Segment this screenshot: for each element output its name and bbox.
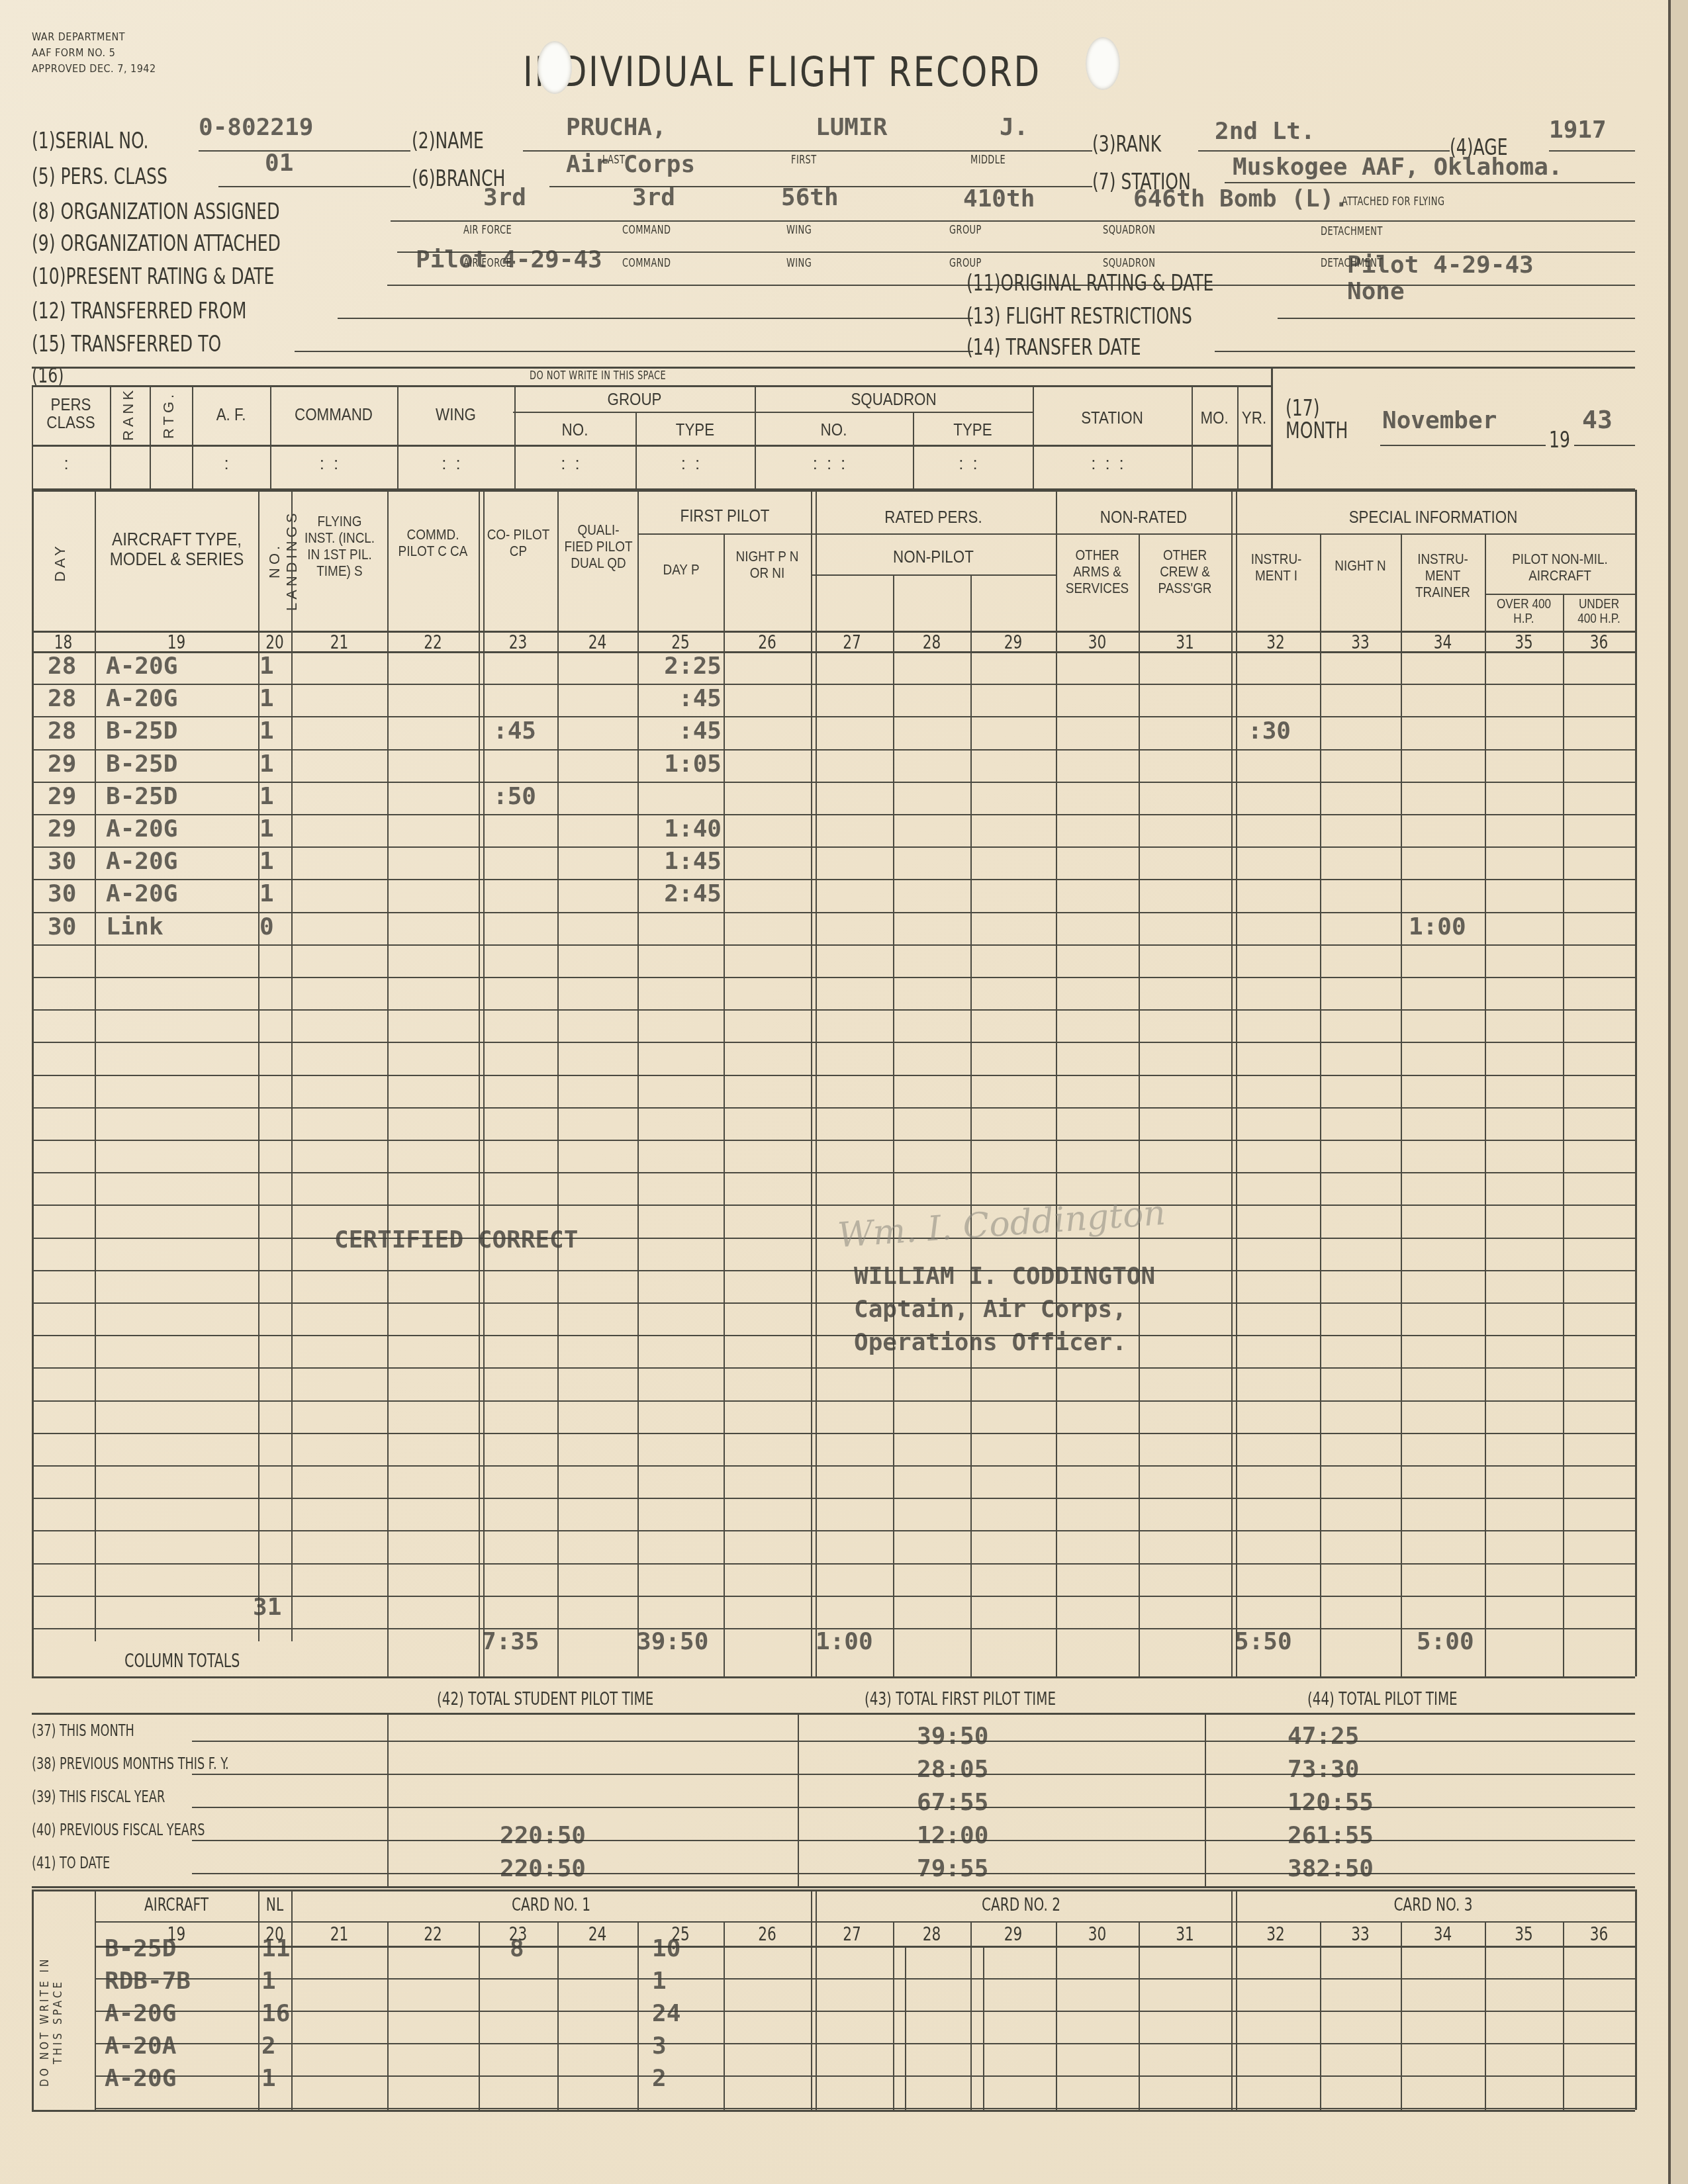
- first-pilot-time: 67:55: [917, 1789, 988, 1816]
- grid-row-line: [32, 1335, 1635, 1336]
- summary-row-line: [192, 1741, 1635, 1742]
- card2-label: CARD NO. 2: [840, 1897, 1201, 1915]
- s16-squadron-type: TYPE: [921, 421, 1025, 439]
- hdr-aircraft: AIRCRAFT TYPE, MODEL & SERIES: [106, 529, 247, 569]
- cards-vline: [1401, 1921, 1402, 2110]
- column-totals-label: COLUMN TOTALS: [124, 1650, 240, 1672]
- hdr-commd-pilot: COMMD. PILOT C CA: [394, 526, 473, 559]
- original-rating-label: (11)ORIGINAL RATING & DATE: [966, 270, 1213, 296]
- total-pilot-time: 261:55: [1288, 1822, 1374, 1849]
- card-nl-cell: 1: [261, 2065, 276, 2092]
- grid-vline: [893, 574, 894, 1676]
- sub-squadron-2: SQUADRON: [1103, 257, 1155, 270]
- total-non-pilot: 1:00: [816, 1628, 873, 1655]
- summary-row-line: [192, 1807, 1635, 1808]
- cards-column-number: 36: [1568, 1923, 1630, 1945]
- aircraft-cell: B-25D: [106, 717, 177, 745]
- card-aircraft-cell: A-20G: [105, 2065, 176, 2092]
- grid-vline: [291, 490, 293, 1641]
- cards-vline: [811, 1889, 812, 2110]
- cards-row-line: [95, 1978, 1635, 1979]
- s16-squadron: SQUADRON: [774, 390, 1013, 408]
- cards-column-number: 28: [898, 1923, 965, 1945]
- day-cell: 30: [48, 848, 76, 875]
- s16-dots: ::: [397, 454, 514, 473]
- form-number: AAF FORM NO. 5: [32, 45, 156, 61]
- name-middle-field[interactable]: J.: [1000, 114, 1028, 141]
- department-label: WAR DEPARTMENT: [32, 29, 156, 45]
- column-number: 31: [1145, 631, 1225, 653]
- card-nl-cell: 1: [261, 1968, 276, 1995]
- cards-column-number: 30: [1062, 1923, 1133, 1945]
- instrument-trainer-cell: 1:00: [1409, 913, 1466, 940]
- cards-subline: [983, 1946, 984, 2110]
- column-number: 22: [394, 631, 473, 653]
- grid-vline: [1139, 533, 1140, 1676]
- s16-dots: :::: [755, 454, 913, 473]
- grid-row-line: [32, 1042, 1635, 1043]
- cards-vline: [95, 1889, 96, 2110]
- s16-v11: [1192, 385, 1193, 490]
- s16-pers-class: PERS CLASS: [37, 396, 104, 432]
- day-cell: 29: [48, 815, 76, 842]
- cards-row-line: [95, 2043, 1635, 2044]
- rated-split: [811, 533, 1056, 535]
- landings-cell: 1: [259, 815, 274, 842]
- s16-mo: MO.: [1195, 409, 1234, 427]
- certified-correct: CERTIFIED CORRECT: [334, 1226, 578, 1253]
- grid-row-line: [32, 1400, 1635, 1402]
- cards-vline: [258, 1889, 259, 2110]
- card-col25-cell: 2: [652, 2065, 667, 2092]
- card-col23-cell: 8: [510, 1935, 524, 1962]
- landings-cell: 1: [259, 653, 274, 680]
- hdr-special-info: SPECIAL INFORMATION: [1260, 508, 1607, 526]
- total-pilot-time: 382:50: [1288, 1855, 1374, 1882]
- sub-group-2: GROUP: [949, 257, 982, 270]
- punch-hole-left: [538, 41, 572, 94]
- officer-name: WILLIAM I. CODDINGTON: [854, 1263, 1155, 1290]
- summary-row-label: (40) PREVIOUS FISCAL YEARS: [32, 1821, 205, 1839]
- landings-cell: 1: [259, 848, 274, 875]
- cards-vline: [387, 1921, 389, 2110]
- s16-af: A. F.: [197, 406, 264, 424]
- total-pilot-time: 73:30: [1288, 1756, 1359, 1783]
- cards-column-number: 27: [817, 1923, 888, 1945]
- rank-line: [1198, 150, 1450, 152]
- grid-row-line: [32, 1205, 1635, 1206]
- day-cell: 30: [48, 913, 76, 940]
- grid-row-line: [32, 1433, 1635, 1434]
- org-assigned-air-force[interactable]: 3rd: [483, 184, 526, 211]
- hdr-flying-inst: FLYING INST. (INCL. IN 1ST PIL. TIME) S: [301, 513, 377, 579]
- s16-v12: [1237, 385, 1239, 490]
- grid-row-line: [32, 1140, 1635, 1141]
- grid-header-top: [32, 490, 1635, 492]
- column-number: 29: [976, 631, 1050, 653]
- hdr-pilot-nonmil: PILOT NON-MIL. AIRCRAFT: [1495, 551, 1624, 584]
- column-number: 18: [36, 631, 91, 653]
- summary-row-line: [192, 1774, 1635, 1775]
- cards-vline: [1231, 1889, 1233, 2110]
- card-col25-cell: 3: [652, 2032, 667, 2060]
- org-attached-label: (9) ORGANIZATION ATTACHED: [32, 230, 281, 257]
- form-header-block: WAR DEPARTMENT AAF FORM NO. 5 APPROVED D…: [32, 29, 156, 77]
- card-col25-cell: 24: [652, 2000, 680, 2027]
- column-number: 30: [1062, 631, 1133, 653]
- grid-vline: [724, 533, 725, 1676]
- cards-vline: [1236, 1889, 1237, 2110]
- month-field[interactable]: November: [1382, 407, 1497, 434]
- s16-v8: [755, 385, 756, 490]
- name-label: (2)NAME: [412, 128, 484, 154]
- s16-v5: [397, 385, 399, 490]
- present-rating-label: (10)PRESENT RATING & DATE: [32, 263, 274, 290]
- cards-vline: [1056, 1921, 1057, 2110]
- s16-station: STATION: [1044, 409, 1180, 427]
- sub-command: COMMAND: [622, 224, 671, 237]
- sub-wing-2: WING: [786, 257, 812, 270]
- landings-cell: 1: [259, 685, 274, 712]
- column-number: 33: [1326, 631, 1395, 653]
- card-nl-cell: 16: [261, 2000, 290, 2027]
- aircraft-cell: B-25D: [106, 783, 177, 810]
- grid-row-line: [32, 1367, 1635, 1369]
- cards-column-number: 26: [729, 1923, 805, 1945]
- fp-split: [639, 533, 811, 535]
- s16-dots: ::: [913, 454, 1033, 473]
- grid-row-line: [32, 1009, 1635, 1011]
- org-assigned-label: (8) ORGANIZATION ASSIGNED: [32, 199, 280, 225]
- student-pilot-time: 220:50: [500, 1822, 586, 1849]
- cards-column-number: 22: [394, 1923, 473, 1945]
- hdr-other-arms: OTHER ARMS & SERVICES: [1062, 547, 1133, 596]
- officer-title: Operations Officer.: [854, 1329, 1127, 1356]
- cards-vline: [291, 1889, 293, 2110]
- summary-row-label: (38) PREVIOUS MONTHS THIS F. Y.: [32, 1754, 229, 1773]
- s16-v9: [913, 412, 914, 490]
- cards-column-number: 24: [563, 1923, 632, 1945]
- column-number: 32: [1237, 631, 1313, 653]
- summary-v2: [798, 1713, 799, 1886]
- age-line: [1549, 150, 1635, 152]
- first-pilot-time: 28:05: [917, 1756, 988, 1783]
- grid-row-line: [32, 1465, 1635, 1467]
- cards-nl-label: NL: [261, 1897, 289, 1915]
- branch-field[interactable]: Air Corps: [566, 151, 695, 178]
- first-pilot-day-cell: 1:45: [642, 848, 722, 875]
- cards-vline: [893, 1921, 894, 2110]
- summary-row-label: (41) TO DATE: [32, 1854, 110, 1872]
- column-number: 25: [643, 631, 718, 653]
- transferred-to-line: [295, 351, 973, 352]
- serial-no-label: (1)SERIAL NO.: [32, 128, 149, 154]
- flight-restrictions-label: (13) FLIGHT RESTRICTIONS: [966, 303, 1192, 330]
- aircraft-cell: B-25D: [106, 751, 177, 778]
- first-pilot-day-cell: 1:40: [642, 815, 722, 842]
- cards-vline: [724, 1921, 725, 2110]
- first-pilot-time: 39:50: [917, 1723, 988, 1750]
- grid-vline: [95, 490, 96, 1641]
- column-number: 36: [1568, 631, 1630, 653]
- column-number: 35: [1490, 631, 1557, 653]
- hdr-non-pilot: NON-PILOT: [828, 548, 1039, 566]
- total-co-pilot: 7:35: [482, 1628, 539, 1655]
- col43-label: (43) TOTAL FIRST PILOT TIME: [865, 1689, 1056, 1709]
- station-field[interactable]: Muskogee AAF, Oklahoma.: [1233, 154, 1563, 181]
- card-nl-cell: 11: [261, 1935, 290, 1962]
- serial-no-field[interactable]: 0-802219: [199, 114, 313, 141]
- pers-class-label: (5) PERS. CLASS: [32, 163, 167, 190]
- grid-row-line: [32, 1530, 1635, 1531]
- total-first-pilot-day: 39:50: [637, 1628, 708, 1655]
- cards-header-split: [95, 1921, 1635, 1923]
- cards-vline: [32, 1889, 34, 2110]
- cards-vline: [816, 1889, 817, 2110]
- sub-squadron: SQUADRON: [1103, 224, 1155, 237]
- card-aircraft-cell: A-20G: [105, 2000, 176, 2027]
- rank-label: (3)RANK: [1092, 131, 1161, 158]
- page-title: INDIVIDUAL FLIGHT RECORD: [523, 48, 1041, 96]
- s16-dots: ::: [270, 454, 397, 473]
- cards-bottom: [32, 2110, 1635, 2112]
- cards-column-number: 35: [1490, 1923, 1557, 1945]
- cards-vline: [479, 1921, 480, 2110]
- transferred-from-label: (12) TRANSFERRED FROM: [32, 298, 246, 324]
- cards-row-line: [95, 2011, 1635, 2012]
- cards-column-number: 31: [1145, 1923, 1225, 1945]
- s16-group: GROUP: [531, 390, 737, 408]
- column-number: 19: [106, 631, 246, 653]
- hdr-co-pilot: CO- PILOT CP: [484, 526, 552, 559]
- cards-vline: [1139, 1921, 1140, 2110]
- org-assigned-command[interactable]: 3rd: [632, 184, 675, 211]
- hdr-non-rated: NON-RATED: [1068, 508, 1219, 526]
- cards-row-line: [95, 2075, 1635, 2077]
- grid-row-line: [32, 1563, 1635, 1565]
- cards-num-bottom: [95, 1946, 1635, 1948]
- col42-label: (42) TOTAL STUDENT PILOT TIME: [437, 1689, 653, 1709]
- hdr-first-pilot: FIRST PILOT: [651, 507, 799, 525]
- s16-group-type: TYPE: [644, 421, 747, 439]
- day-cell: 29: [48, 751, 76, 778]
- s16-v0: [32, 385, 33, 490]
- column-number: 26: [729, 631, 805, 653]
- pers-class-field[interactable]: 01: [265, 150, 293, 177]
- total-instrument: 5:50: [1235, 1628, 1292, 1655]
- summary-row-line: [192, 1840, 1635, 1841]
- column-number: 20: [261, 631, 289, 653]
- hdr-rated-pers: RATED PERS.: [828, 508, 1039, 526]
- co-pilot-cell: :50: [493, 783, 536, 810]
- hdr-day: DAY: [52, 523, 69, 602]
- cards-vline: [970, 1921, 972, 2110]
- sub-air-force: AIR FORCE: [463, 224, 512, 237]
- org-assigned-squadron[interactable]: 646th Bomb (L).: [1133, 185, 1348, 212]
- s16-group-no: NO.: [523, 421, 627, 439]
- org-assigned-wing[interactable]: 56th: [781, 184, 839, 211]
- transferred-from-line: [338, 318, 973, 319]
- total-instr-trainer: 5:00: [1417, 1628, 1474, 1655]
- total-pilot-time: 47:25: [1288, 1723, 1359, 1750]
- sub-command-2: COMMAND: [622, 257, 671, 270]
- card-col25-cell: 10: [652, 1935, 680, 1962]
- org-assigned-group[interactable]: 410th: [963, 185, 1035, 212]
- day-cell: 28: [48, 653, 76, 680]
- grid-vline: [1485, 533, 1486, 1676]
- name-first-sublabel: FIRST: [791, 154, 817, 167]
- name-last-field[interactable]: PRUCHA,: [566, 114, 667, 141]
- day-cell: 28: [48, 717, 76, 745]
- grid-vline: [1635, 490, 1637, 1676]
- total-pilot-time: 120:55: [1288, 1789, 1374, 1816]
- student-pilot-time: 220:50: [500, 1855, 586, 1882]
- first-pilot-day-cell: :45: [642, 685, 722, 712]
- s16-top-line: [32, 367, 1635, 369]
- s16-v3: [192, 385, 193, 490]
- aircraft-cell: A-20G: [106, 685, 177, 712]
- day-cell: 28: [48, 685, 76, 712]
- hdr-instrument: INSTRU- MENT I: [1239, 551, 1314, 584]
- s16-rtg: RTG.: [160, 389, 177, 441]
- grid-row-line: [32, 1107, 1635, 1109]
- total-landings: 31: [253, 1594, 281, 1621]
- transfer-date-line: [1215, 351, 1635, 352]
- aircraft-cell: A-20G: [106, 848, 177, 875]
- grid-row-line: [32, 1075, 1635, 1076]
- grid-row-line: [32, 977, 1635, 978]
- s16-v13: [1271, 367, 1273, 490]
- age-field[interactable]: 1917: [1549, 116, 1607, 144]
- cards-vline: [637, 1921, 639, 2110]
- cards-vline: [1563, 1921, 1564, 2110]
- hdr-night: NIGHT N: [1326, 557, 1395, 574]
- card-aircraft-cell: B-25D: [105, 1935, 176, 1962]
- landings-cell: 1: [259, 717, 274, 745]
- cards-column-number: 33: [1326, 1923, 1395, 1945]
- do-not-write-note: DO NOT WRITE IN THIS SPACE: [530, 369, 666, 383]
- card1-label: CARD NO. 1: [328, 1897, 774, 1915]
- s16-v6: [514, 385, 516, 490]
- s16-rank: RANK: [120, 389, 137, 441]
- hdr-under400: UNDER 400 H.P.: [1568, 597, 1630, 626]
- summary-row-line: [192, 1873, 1635, 1874]
- column-number: 34: [1407, 631, 1479, 653]
- s16-wing: WING: [405, 406, 506, 424]
- hdr-landings: NO. LANDINGS: [266, 498, 301, 623]
- landings-cell: 1: [259, 783, 274, 810]
- s16-header-top: [32, 385, 1271, 387]
- s16-squadron-no: NO.: [766, 421, 902, 439]
- cards-vline: [1320, 1921, 1321, 2110]
- grid-vline: [970, 574, 972, 1676]
- s16-dots: :::: [1033, 454, 1192, 473]
- s16-dots: :: [192, 454, 270, 473]
- year-prefix: 19: [1549, 427, 1570, 453]
- flight-restrictions-field[interactable]: None: [1347, 278, 1405, 305]
- s16-header-bottom: [32, 445, 1271, 447]
- s16-v4: [270, 385, 271, 490]
- flight-restrictions-line: [1278, 318, 1635, 319]
- landings-cell: 1: [259, 880, 274, 907]
- s16-dots: ::: [514, 454, 635, 473]
- cards-vline: [1485, 1921, 1486, 2110]
- cards-column-number: 34: [1407, 1923, 1479, 1945]
- aircraft-cell: A-20G: [106, 653, 177, 680]
- first-pilot-day-cell: :45: [642, 717, 722, 745]
- original-rating-field[interactable]: Pilot 4-29-43: [1347, 251, 1534, 279]
- column-number: 28: [898, 631, 965, 653]
- serial-line: [199, 150, 410, 152]
- card-nl-cell: 2: [261, 2032, 276, 2060]
- pers-class-line: [218, 186, 410, 187]
- station-line: [1225, 182, 1635, 183]
- s16-dots: :: [32, 454, 110, 473]
- first-pilot-day-cell: 2:25: [642, 653, 722, 680]
- cards-column-number: 29: [976, 1923, 1050, 1945]
- sub-group: GROUP: [949, 224, 982, 237]
- month-line: [1380, 445, 1546, 446]
- grid-vline: [1401, 533, 1402, 1676]
- summary-bottom: [32, 1886, 1635, 1888]
- present-rating-field[interactable]: Pilot 4-29-43: [416, 246, 602, 273]
- col44-label: (44) TOTAL PILOT TIME: [1307, 1689, 1458, 1709]
- cards-subline: [905, 1946, 906, 2110]
- transferred-to-label: (15) TRANSFERRED TO: [32, 331, 221, 357]
- aircraft-cell: Link: [106, 913, 164, 940]
- org-assigned-line: [391, 220, 1635, 222]
- hdr-fp-day: DAY P: [645, 561, 718, 578]
- summary-v1: [387, 1713, 389, 1886]
- name-first-field[interactable]: LUMIR: [816, 114, 887, 141]
- aircraft-cell: A-20G: [106, 815, 177, 842]
- grid-vline: [1320, 533, 1321, 1676]
- grid-row-line: [32, 1270, 1635, 1271]
- nonmil-split: [1485, 594, 1635, 595]
- cards-vline: [1635, 1889, 1637, 2110]
- hdr-fp-night: NIGHT P N OR NI: [729, 548, 805, 581]
- s16-group-split: [513, 412, 1033, 413]
- s16-yr: YR.: [1240, 409, 1269, 427]
- summary-row-label: (37) THIS MONTH: [32, 1721, 134, 1740]
- attached-for-flying-label: ATTACHED FOR FLYING: [1342, 195, 1444, 208]
- page-edge: [1668, 0, 1688, 2184]
- summary-header-bottom: [32, 1713, 1635, 1715]
- punch-hole-right: [1086, 37, 1120, 90]
- grid-row-line: [32, 944, 1635, 946]
- summary-v3: [1205, 1713, 1206, 1886]
- grid-row-line: [32, 1238, 1635, 1239]
- year-line: [1574, 445, 1635, 446]
- transfer-date-label: (14) TRANSFER DATE: [966, 334, 1141, 361]
- s16-v1: [110, 385, 111, 490]
- cards-top: [32, 1889, 1635, 1891]
- hdr-instr-trainer: INSTRU- MENT TRAINER: [1407, 551, 1479, 600]
- column-number: 24: [563, 631, 632, 653]
- co-pilot-cell: :45: [493, 717, 536, 745]
- hdr-over400: OVER 400 H.P.: [1490, 597, 1557, 626]
- year-field[interactable]: 43: [1582, 405, 1613, 434]
- card-col25-cell: 1: [652, 1968, 667, 1995]
- name-middle-sublabel: MIDDLE: [970, 154, 1006, 167]
- grid-row-line: [32, 1172, 1635, 1173]
- cards-column-number: 32: [1237, 1923, 1313, 1945]
- first-pilot-day-cell: 1:05: [642, 751, 722, 778]
- column-number: 23: [484, 631, 551, 653]
- rank-field[interactable]: 2nd Lt.: [1215, 118, 1315, 145]
- s16-command: COMMAND: [279, 406, 388, 424]
- special-split: [1231, 533, 1635, 535]
